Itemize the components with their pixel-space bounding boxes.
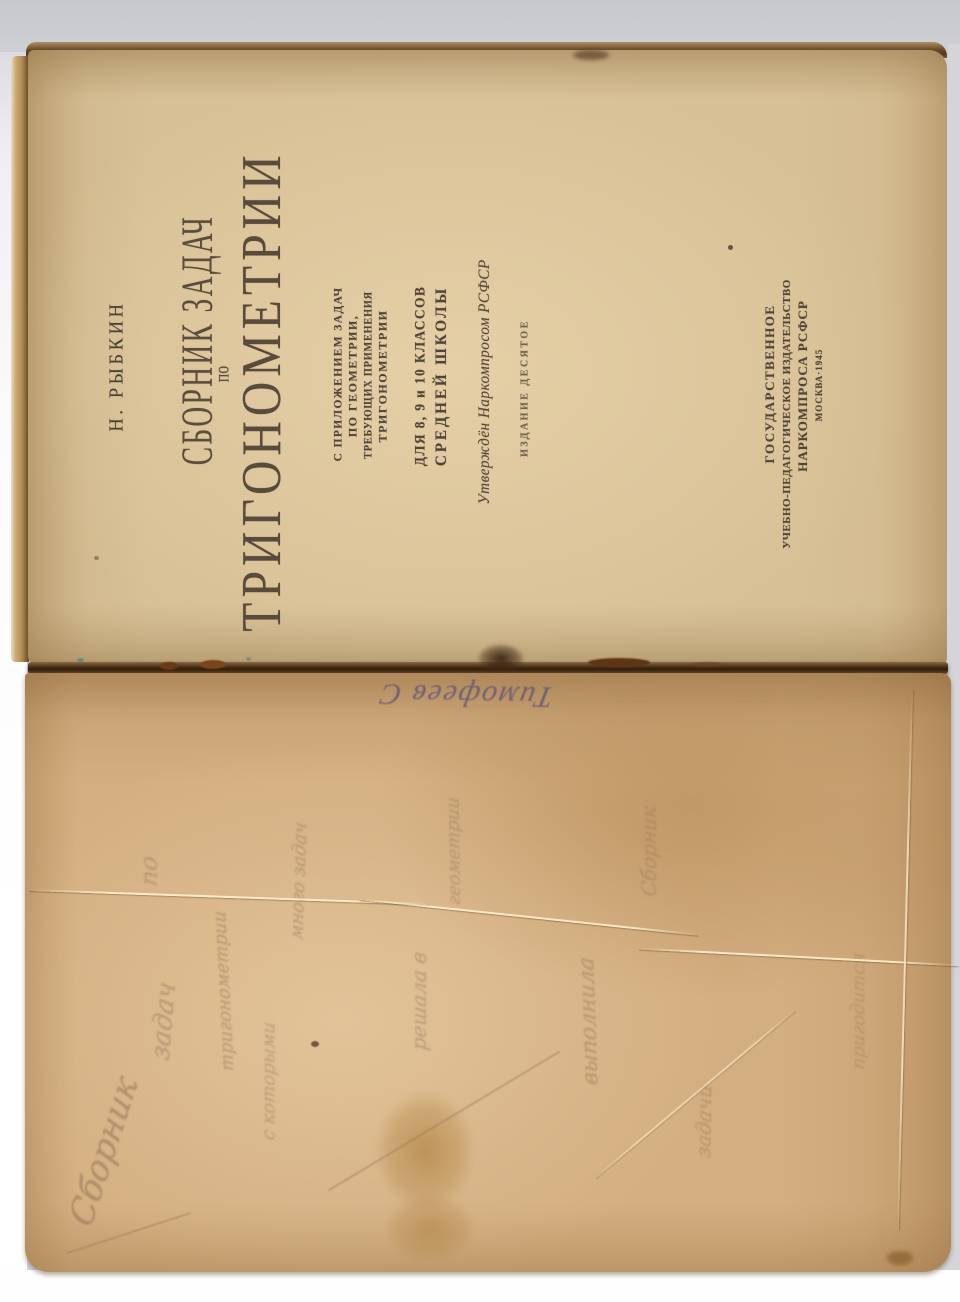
- title-page: Н. РЫБКИН СБОРНИК ЗАДАЧ по ТРИГОНОМЕТРИИ…: [28, 50, 947, 664]
- pencil-scrawl-line: много задач: [287, 821, 312, 942]
- pencil-scrawl-line: Сборник: [637, 804, 661, 898]
- publisher-line: МОСКВА·1945: [814, 349, 824, 422]
- paper-fleck: [94, 556, 99, 560]
- paper-smudge: [573, 50, 609, 60]
- ink-inscription: Тимофеев С: [376, 677, 556, 714]
- rust-spot: [200, 660, 226, 669]
- worn-corner-mark: [887, 1251, 913, 1265]
- rust-spot: [588, 658, 650, 667]
- pencil-scrawl-line: пригодится: [849, 951, 870, 1071]
- teal-mark: [77, 658, 84, 662]
- rust-smudge: [478, 644, 524, 674]
- rust-spot: [160, 662, 178, 670]
- pencil-scrawl-line: по: [135, 854, 163, 888]
- publisher-line: УЧЕБНО-ПЕДАГОГИЧЕСКОЕ ИЗДАТЕЛЬСТВО: [781, 279, 793, 549]
- paper-fleck: [311, 1041, 319, 1047]
- scanner-background-bottom: [0, 1270, 960, 1302]
- audience-line: СРЕДНЕЙ ШКОЛЫ: [433, 286, 451, 466]
- rust-spot: [692, 662, 722, 667]
- paper-crease: [360, 898, 698, 936]
- pencil-scrawl-line: геометрии: [443, 796, 466, 907]
- paper-crease: [639, 948, 959, 967]
- book-scan: Н. РЫБКИН СБОРНИК ЗАДАЧ по ТРИГОНОМЕТРИИ…: [0, 0, 960, 1302]
- subtitle-line: С ПРИЛОЖЕНИЕМ ЗАДАЧ: [331, 287, 346, 462]
- book-title-line3: ТРИГОНОМЕТРИИ: [230, 150, 294, 631]
- pencil-scrawl-line: Сборник: [62, 1069, 146, 1233]
- author-name: Н. РЫБКИН: [106, 300, 129, 431]
- pencil-scrawl-line: выполнила: [574, 956, 604, 1086]
- subtitle-line: ПО ГЕОМЕТРИИ,: [346, 315, 361, 437]
- edition-note: ИЗДАНИЕ ДЕСЯТОЕ: [520, 319, 531, 457]
- flyleaf-page: Тимофеев С Сборник задач по тригонометри…: [25, 673, 951, 1272]
- pencil-scrawl-line: решала в: [407, 950, 431, 1052]
- pencil-scrawl-line: с которыми: [259, 1021, 280, 1142]
- subtitle-line: ТРИГОНОМЕТРИИ: [376, 310, 391, 443]
- subtitle-line: ТРЕБУЮЩИХ ПРИМЕНЕНИЯ: [361, 291, 376, 459]
- approval-note: Утверждён Наркомпросом РСФСР: [476, 259, 494, 504]
- pencil-scrawl-line: задач: [146, 979, 182, 1063]
- paper-fleck: [728, 245, 733, 250]
- audience-line: ДЛЯ 8, 9 и 10 КЛАССОВ: [413, 286, 430, 466]
- pencil-scrawl-line: тригонометрии: [209, 910, 239, 1072]
- paper-crease: [29, 889, 429, 905]
- book-title-line1: СБОРНИК ЗАДАЧ: [172, 215, 223, 465]
- stacked-page-edges: [11, 56, 29, 662]
- publisher-line: НАРКОМПРОСА РСФСР: [795, 300, 811, 472]
- teal-mark: [246, 657, 251, 661]
- stain: [385, 1193, 475, 1263]
- publisher-line: ГОСУДАРСТВЕННОЕ: [762, 305, 778, 464]
